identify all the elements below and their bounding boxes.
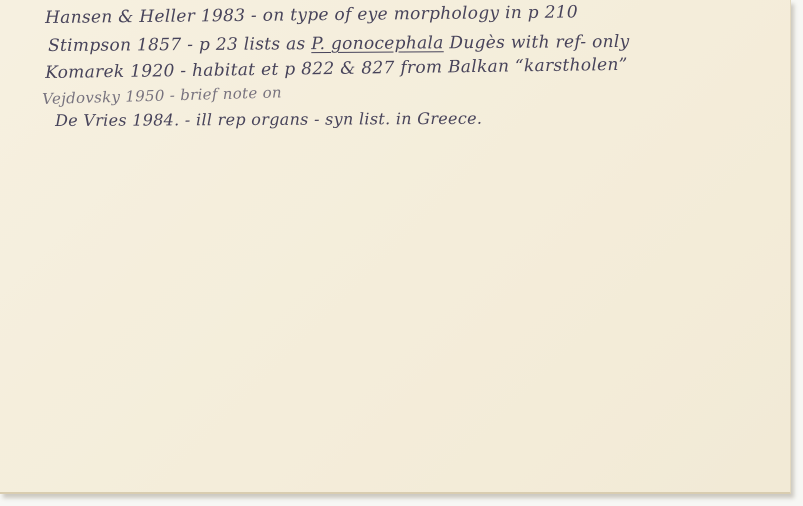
scanned-page: Hansen & Heller 1983 - on type of eye mo… [0, 0, 803, 506]
handwritten-line-4: Vejdovsky 1950 - brief note on [42, 83, 282, 108]
underlined-species-name: P. gonocephala [311, 33, 444, 54]
line-2-suffix: Dugès with ref- only [444, 32, 630, 53]
index-card: Hansen & Heller 1983 - on type of eye mo… [0, 0, 791, 494]
line-2-prefix: Stimpson 1857 - p 23 lists as [48, 34, 311, 56]
handwritten-line-3: Komarek 1920 - habitat et p 822 & 827 fr… [45, 55, 628, 83]
line-3-text: Komarek 1920 - habitat et p 822 & 827 fr… [45, 55, 628, 83]
handwritten-line-2: Stimpson 1857 - p 23 lists as P. gonocep… [48, 32, 630, 56]
line-1-text: Hansen & Heller 1983 - on type of eye mo… [45, 2, 578, 28]
line-4-text: Vejdovsky 1950 - brief note on [42, 83, 282, 108]
line-5-text: De Vries 1984. - ill rep organs - syn li… [55, 109, 482, 130]
handwritten-line-5: De Vries 1984. - ill rep organs - syn li… [55, 109, 482, 130]
handwritten-line-1: Hansen & Heller 1983 - on type of eye mo… [45, 2, 578, 28]
